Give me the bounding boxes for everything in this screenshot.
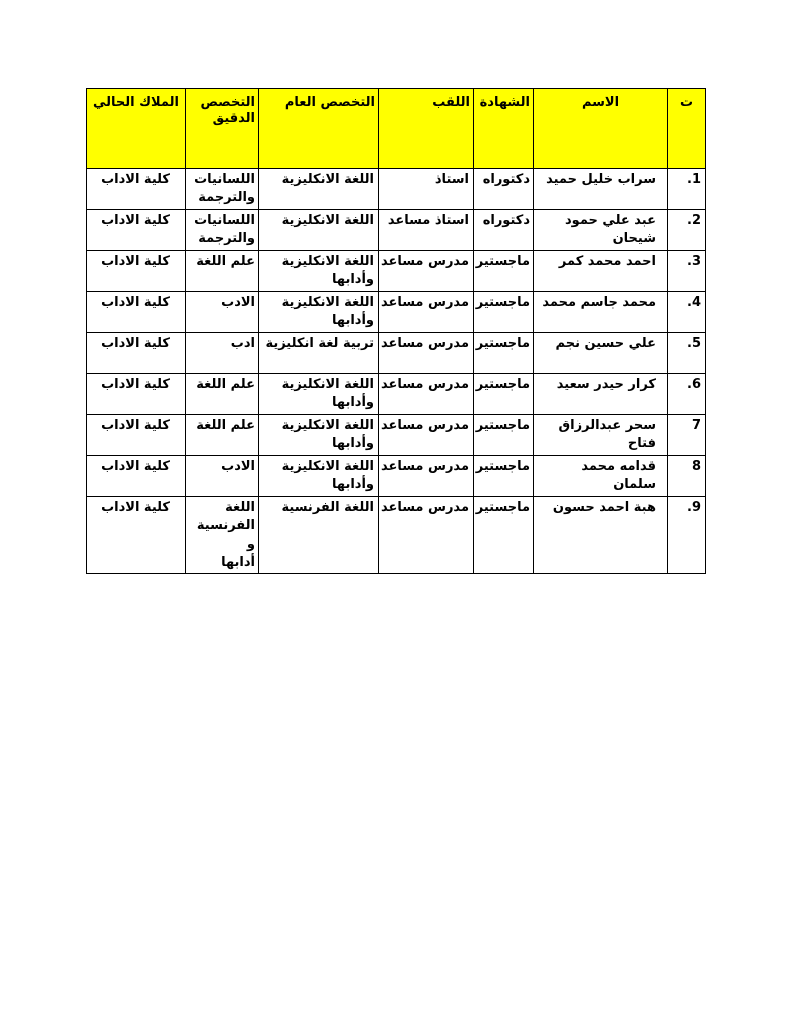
- cell-current: كلية الاداب: [87, 415, 186, 456]
- cell-name: عبد علي حمود شيحان: [534, 210, 668, 251]
- cell-title: مدرس مساعد: [379, 415, 474, 456]
- table-body: .1سراب خليل حميددكتوراهاستاذاللغة الانكل…: [87, 169, 706, 574]
- cell-specific: ادب: [186, 333, 259, 374]
- cell-degree: دكتوراه: [474, 210, 534, 251]
- cell-specific: اللغة الفرنسية و أدابها: [186, 497, 259, 574]
- cell-general: تربية لغة انكليزية: [259, 333, 379, 374]
- cell-name: سراب خليل حميد: [534, 169, 668, 210]
- cell-general: اللغة الانكليزية وأدابها: [259, 415, 379, 456]
- cell-name: علي حسين نجم: [534, 333, 668, 374]
- table-row: .9هبة احمد حسونماجستيرمدرس مساعداللغة ال…: [87, 497, 706, 574]
- cell-specific: علم اللغة: [186, 415, 259, 456]
- cell-general: اللغة الانكليزية وأدابها: [259, 456, 379, 497]
- cell-current: كلية الاداب: [87, 251, 186, 292]
- table-row: .5علي حسين نجمماجستيرمدرس مساعدتربية لغة…: [87, 333, 706, 374]
- cell-general: اللغة الفرنسية: [259, 497, 379, 574]
- cell-num: 7: [668, 415, 706, 456]
- cell-title: مدرس مساعد: [379, 251, 474, 292]
- cell-num: .2: [668, 210, 706, 251]
- cell-title: استاذ: [379, 169, 474, 210]
- table-header: تالاسمالشهادةاللقبالتخصص العامالتخصص الد…: [87, 89, 706, 169]
- column-header-current: الملاك الحالي: [87, 89, 186, 169]
- cell-degree: ماجستير: [474, 251, 534, 292]
- cell-num: .5: [668, 333, 706, 374]
- cell-num: .1: [668, 169, 706, 210]
- table-row: .4محمد جاسم محمدماجستيرمدرس مساعداللغة ا…: [87, 292, 706, 333]
- cell-current: كلية الاداب: [87, 210, 186, 251]
- cell-degree: دكتوراه: [474, 169, 534, 210]
- cell-degree: ماجستير: [474, 415, 534, 456]
- table-row: .1سراب خليل حميددكتوراهاستاذاللغة الانكل…: [87, 169, 706, 210]
- cell-general: اللغة الانكليزية: [259, 169, 379, 210]
- table-row: 8قدامه محمد سلمانماجستيرمدرس مساعداللغة …: [87, 456, 706, 497]
- cell-general: اللغة الانكليزية: [259, 210, 379, 251]
- cell-num: .4: [668, 292, 706, 333]
- column-header-title: اللقب: [379, 89, 474, 169]
- cell-specific: اللسانيات والترجمة: [186, 210, 259, 251]
- cell-current: كلية الاداب: [87, 169, 186, 210]
- staff-table: تالاسمالشهادةاللقبالتخصص العامالتخصص الد…: [86, 88, 706, 574]
- header-row: تالاسمالشهادةاللقبالتخصص العامالتخصص الد…: [87, 89, 706, 169]
- table-row: .3احمد محمد كمرماجستيرمدرس مساعداللغة ال…: [87, 251, 706, 292]
- cell-title: مدرس مساعد: [379, 456, 474, 497]
- cell-name: هبة احمد حسون: [534, 497, 668, 574]
- table-row: .6كرار حيدر سعيدماجستيرمدرس مساعداللغة ا…: [87, 374, 706, 415]
- cell-title: مدرس مساعد: [379, 497, 474, 574]
- cell-current: كلية الاداب: [87, 374, 186, 415]
- cell-specific: علم اللغة: [186, 374, 259, 415]
- column-header-general: التخصص العام: [259, 89, 379, 169]
- cell-title: مدرس مساعد: [379, 292, 474, 333]
- cell-name: كرار حيدر سعيد: [534, 374, 668, 415]
- cell-general: اللغة الانكليزية وأدابها: [259, 292, 379, 333]
- cell-degree: ماجستير: [474, 497, 534, 574]
- cell-title: مدرس مساعد: [379, 333, 474, 374]
- cell-current: كلية الاداب: [87, 456, 186, 497]
- cell-general: اللغة الانكليزية وأدابها: [259, 374, 379, 415]
- cell-num: .9: [668, 497, 706, 574]
- column-header-name: الاسم: [534, 89, 668, 169]
- cell-current: كلية الاداب: [87, 497, 186, 574]
- cell-degree: ماجستير: [474, 333, 534, 374]
- table-row: .2عبد علي حمود شيحاندكتوراهاستاذ مساعدال…: [87, 210, 706, 251]
- table-row: 7سحر عبدالرزاق فتاحماجستيرمدرس مساعداللغ…: [87, 415, 706, 456]
- cell-degree: ماجستير: [474, 374, 534, 415]
- cell-specific: اللسانيات والترجمة: [186, 169, 259, 210]
- cell-degree: ماجستير: [474, 292, 534, 333]
- cell-name: قدامه محمد سلمان: [534, 456, 668, 497]
- cell-name: احمد محمد كمر: [534, 251, 668, 292]
- document-page: تالاسمالشهادةاللقبالتخصص العامالتخصص الد…: [0, 0, 791, 1024]
- column-header-specific: التخصص الدقيق: [186, 89, 259, 169]
- cell-specific: الادب: [186, 292, 259, 333]
- cell-num: .6: [668, 374, 706, 415]
- cell-general: اللغة الانكليزية وأدابها: [259, 251, 379, 292]
- column-header-num: ت: [668, 89, 706, 169]
- cell-title: مدرس مساعد: [379, 374, 474, 415]
- column-header-degree: الشهادة: [474, 89, 534, 169]
- cell-num: 8: [668, 456, 706, 497]
- cell-title: استاذ مساعد: [379, 210, 474, 251]
- cell-current: كلية الاداب: [87, 292, 186, 333]
- cell-degree: ماجستير: [474, 456, 534, 497]
- cell-current: كلية الاداب: [87, 333, 186, 374]
- cell-num: .3: [668, 251, 706, 292]
- cell-specific: الادب: [186, 456, 259, 497]
- cell-name: محمد جاسم محمد: [534, 292, 668, 333]
- cell-specific: علم اللغة: [186, 251, 259, 292]
- cell-name: سحر عبدالرزاق فتاح: [534, 415, 668, 456]
